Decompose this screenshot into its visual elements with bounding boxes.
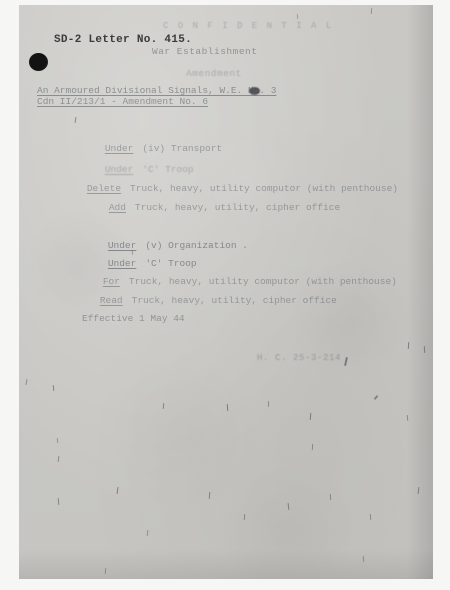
amendment-subtitle: Amendment [186,68,242,79]
line-label: Add [109,202,126,213]
subject-line-1: An Armoured Divisional Signals, W.E. No.… [37,85,276,96]
scanned-document-page: C O N F I D E N T I A L SD-2 Letter No. … [0,0,450,590]
war-establishment-title: War Establishment [152,46,257,57]
ink-blot [249,87,260,95]
hole-punch-dot [29,53,48,71]
line-label: Read [100,295,123,306]
effective-date: Effective 1 May 44 [82,313,185,324]
file-reference: H. C. 25-3-214 [257,353,341,363]
amendment-line-add: AddTruck, heavy, utility, cipher office [86,191,340,224]
page-edge-shadow-bottom [19,549,433,579]
line-text: Truck, heavy, utility, cipher office [135,202,340,213]
line-text: Truck, heavy, utility, cipher office [132,295,337,306]
letter-number: SD-2 Letter No. 415. [54,34,192,46]
page-edge-shadow-right [407,5,433,579]
classification-stamp: C O N F I D E N T I A L [163,21,333,31]
subject-line-2: Cdn II/213/1 - Amendment No. 6 [37,96,208,107]
